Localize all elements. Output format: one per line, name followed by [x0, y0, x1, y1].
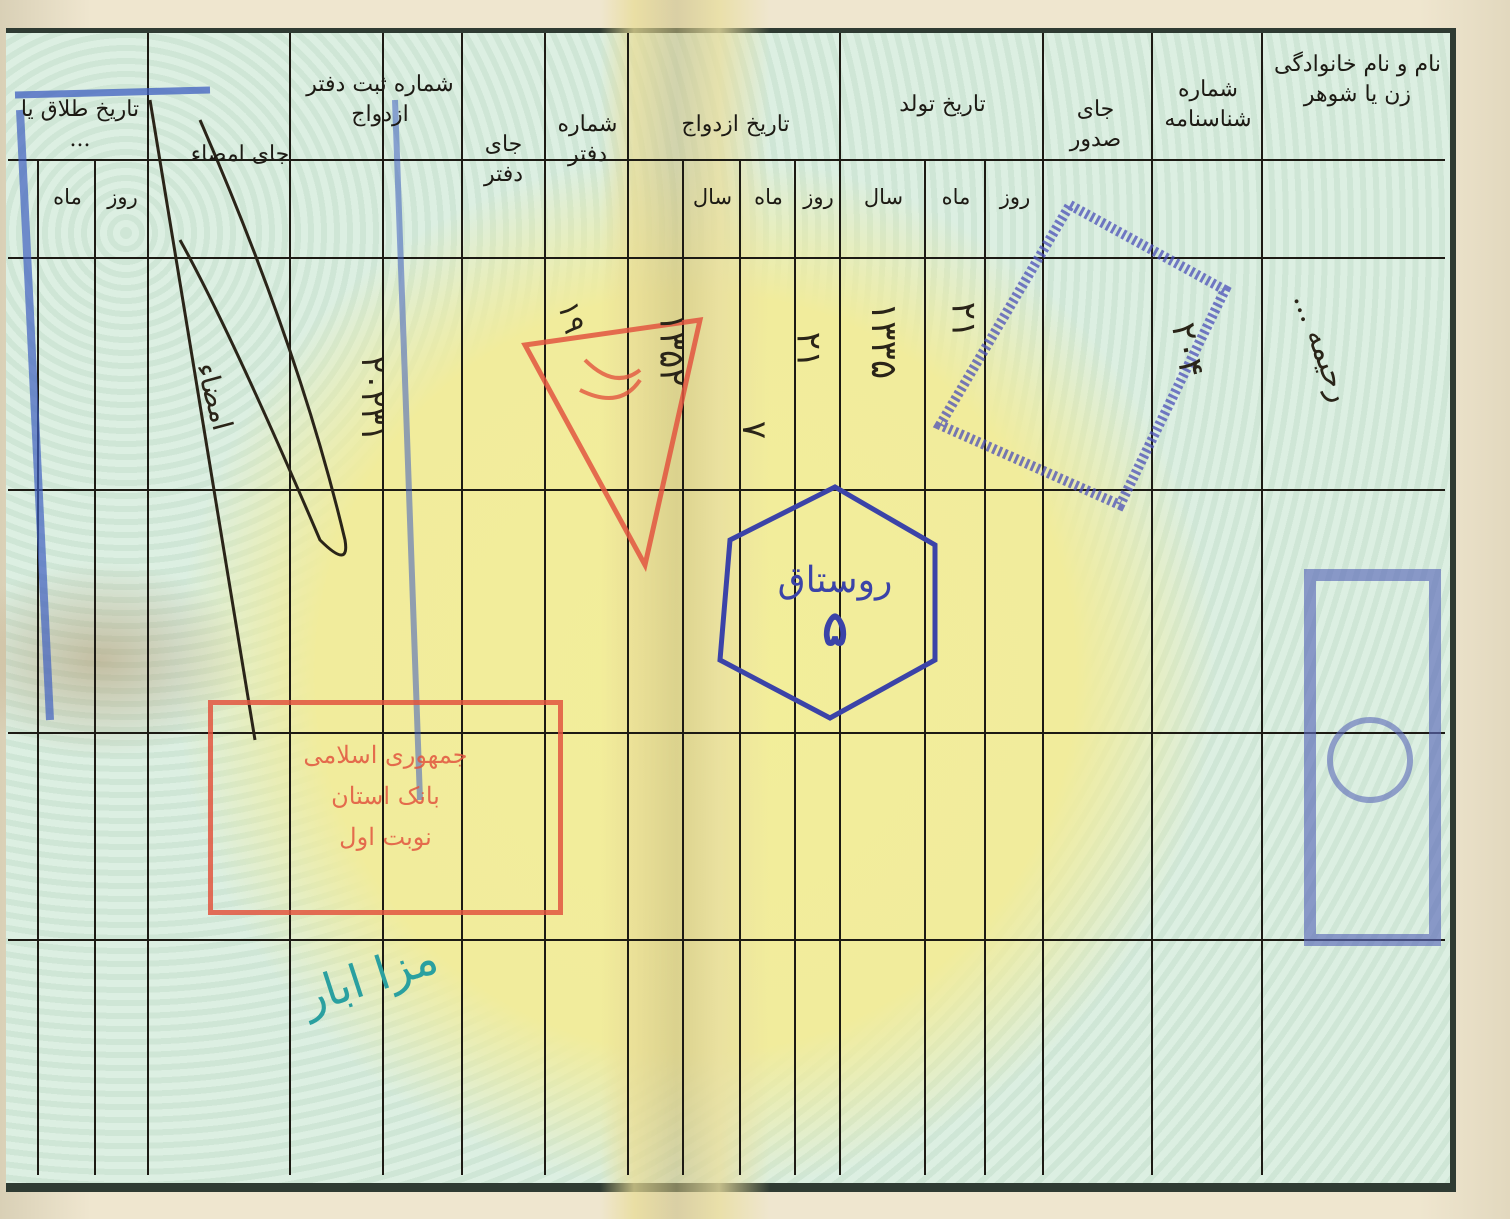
header-divorce-date: تاریخ طلاق یا ...: [10, 95, 150, 154]
subheader-divorce-month: ماه: [40, 185, 95, 209]
subheader-birth-day: روز: [987, 185, 1043, 209]
subheader-birth-month: ماه: [927, 185, 985, 209]
subheader-birth-year: سال: [842, 185, 925, 209]
entry-registration-number: ۲۰۲۳۱: [354, 356, 392, 442]
hexagon-stamp-line-1: روستاق: [745, 560, 925, 601]
header-marriage-date: تاریخ ازدواج: [633, 110, 838, 140]
red-rectangle-stamp: جمهوری اسلامی بانک استان نوبت اول: [208, 700, 563, 915]
header-birth-date: تاریخ تولد: [845, 90, 1040, 120]
header-name: نام و نام خانوادگی زن یا شوهر: [1270, 50, 1445, 109]
entry-marriage-day: ۲۱: [788, 332, 828, 369]
subheader-marriage-year: سال: [685, 185, 740, 209]
subheader-marriage-month: ماه: [742, 185, 795, 209]
header-id-number: شماره شناسنامه: [1158, 75, 1258, 134]
red-stamp-line-2: بانک استان: [213, 776, 558, 817]
header-office-place: جای دفتر: [466, 130, 541, 189]
subheader-marriage-day: روز: [797, 185, 840, 209]
header-office-number: شماره دفتر: [550, 110, 625, 169]
header-place-of-issue: جای صدور: [1048, 95, 1143, 154]
entry-marriage-year: ۱۳۵۲: [652, 313, 692, 386]
hexagon-stamp-line-2: ۵: [745, 601, 925, 657]
blue-hexagon-text: روستاق ۵: [745, 560, 925, 657]
entry-birth-year: ۱۳۳۵: [863, 302, 904, 379]
header-registration-number: شماره ثبت دفتر ازدواج: [300, 70, 460, 129]
red-stamp-line-3: نوبت اول: [213, 817, 558, 858]
subheader-divorce-day: روز: [97, 185, 148, 209]
entry-birth-day: ۲۱: [943, 302, 983, 339]
header-signature-place: جای امضاء: [180, 140, 300, 170]
entry-marriage-month: ۷: [734, 421, 774, 439]
red-stamp-line-1: جمهوری اسلامی: [213, 735, 558, 776]
